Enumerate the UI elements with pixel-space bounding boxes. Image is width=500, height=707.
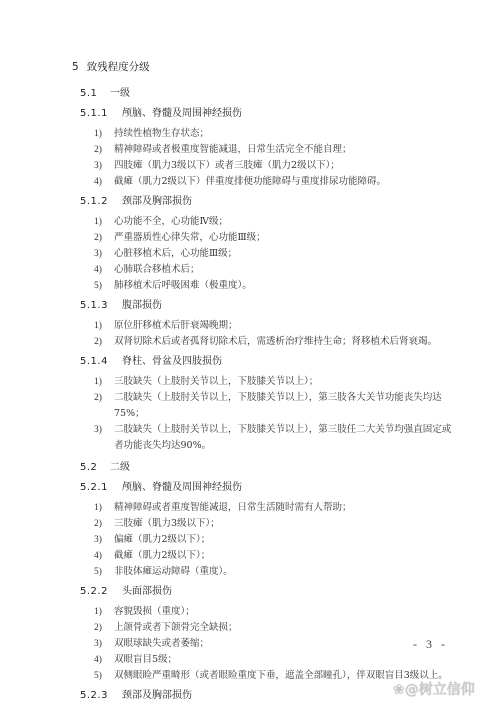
item-marker: 2) (94, 620, 114, 636)
item-marker: 4) (94, 262, 114, 278)
item-marker: 1) (94, 318, 114, 334)
item-list: 1)心功能不全，心功能Ⅳ级； 2)严重器质性心律失常，心功能Ⅲ级； 3)心脏移植… (80, 214, 460, 294)
item-text: 非肢体瘫运动障碍（重度）。 (114, 564, 460, 580)
subsection-title: 头面部损伤 (122, 586, 172, 597)
subsection-number: 5.1.3 (80, 298, 122, 314)
subsection-number: 5.1.1 (80, 106, 122, 122)
list-item: 4)截瘫（肌力2级以下）； (80, 548, 460, 564)
subsection-number: 5.2.2 (80, 584, 122, 600)
item-text: 心功能不全，心功能Ⅳ级； (114, 214, 460, 230)
item-marker: 3) (94, 532, 114, 548)
chapter-heading: 5致残程度分级 (72, 59, 150, 74)
item-marker: 1) (94, 500, 114, 516)
list-item: 2)上颌骨或者下颌骨完全缺损； (80, 620, 460, 636)
item-text: 二肢缺失（上肢肘关节以上，下肢膝关节以上），第三肢各大关节功能丧失均达75%； (114, 390, 460, 422)
item-text: 双眼盲目5级； (114, 652, 460, 668)
item-marker: 1) (94, 374, 114, 390)
list-item: 1)心功能不全，心功能Ⅳ级； (80, 214, 460, 230)
subsection-title: 腹部损伤 (122, 300, 162, 311)
item-marker: 3) (94, 158, 114, 174)
subsection-title: 脊柱、骨盆及四肢损伤 (122, 356, 222, 367)
item-marker: 4) (94, 548, 114, 564)
subsection-heading: 5.1.1颅脑、脊髓及周围神经损伤 (80, 106, 460, 122)
item-text: 截瘫（肌力2级以下）； (114, 548, 460, 564)
subsection-heading: 5.1.2颈部及胸部损伤 (80, 194, 460, 210)
subsection-heading: 5.2.2头面部损伤 (80, 584, 460, 600)
item-marker: 2) (94, 142, 114, 158)
section-heading: 5.1一级 (80, 86, 460, 102)
item-text: 持续性植物生存状态； (114, 126, 460, 142)
list-item: 3)二肢缺失（上肢肘关节以上，下肢膝关节以上），第三肢任二大关节均强直固定或者功… (80, 422, 460, 454)
item-marker: 3) (94, 636, 114, 652)
subsection-heading: 5.1.3腹部损伤 (80, 298, 460, 314)
list-item: 1)持续性植物生存状态； (80, 126, 460, 142)
watermark-text: @树立信仰 (405, 682, 475, 698)
subsection-heading: 5.2.1颅脑、脊髓及周围神经损伤 (80, 480, 460, 496)
list-item: 2)二肢缺失（上肢肘关节以上，下肢膝关节以上），第三肢各大关节功能丧失均达75%… (80, 390, 460, 422)
item-marker: 3) (94, 246, 114, 262)
subsection-number: 5.1.2 (80, 194, 122, 210)
list-item: 1)三肢缺失（上肢肘关节以上，下肢膝关节以上）； (80, 374, 460, 390)
list-item: 2)三肢瘫（肌力3级以下）； (80, 516, 460, 532)
item-text: 偏瘫（肌力2级以下）； (114, 532, 460, 548)
subsection-title: 颅脑、脊髓及周围神经损伤 (122, 108, 242, 119)
watermark-logo-icon: ❀ (393, 682, 405, 698)
list-item: 1)容貌毁损（重度）； (80, 604, 460, 620)
list-item: 3)心脏移植术后，心功能Ⅲ级； (80, 246, 460, 262)
item-marker: 3) (94, 422, 114, 454)
section-title: 一级 (110, 88, 130, 99)
item-marker: 2) (94, 334, 114, 350)
item-list: 1)三肢缺失（上肢肘关节以上，下肢膝关节以上）； 2)二肢缺失（上肢肘关节以上，… (80, 374, 460, 454)
list-item: 3)偏瘫（肌力2级以下）； (80, 532, 460, 548)
item-marker: 2) (94, 230, 114, 246)
item-text: 双肾切除术后或者孤肾切除术后，需透析治疗维持生命；肾移植术后肾衰竭。 (114, 334, 460, 350)
item-text: 严重器质性心律失常，心功能Ⅲ级； (114, 230, 460, 246)
section-heading: 5.2二级 (80, 460, 460, 476)
item-text: 肺移植术后呼吸困难（极重度）。 (114, 278, 460, 294)
item-text: 精神障碍或者极重度智能减退，日常生活完全不能自理； (114, 142, 460, 158)
item-list: 1)容貌毁损（重度）； 2)上颌骨或者下颌骨完全缺损； 3)双眼球缺失或者萎缩；… (80, 604, 460, 684)
item-marker: 4) (94, 174, 114, 190)
list-item: 4)心肺联合移植术后； (80, 262, 460, 278)
list-item: 1)精神障碍或者重度智能减退，日常生活随时需有人帮助； (80, 500, 460, 516)
item-text: 三肢缺失（上肢肘关节以上，下肢膝关节以上）； (114, 374, 460, 390)
section-number: 5.2 (80, 460, 110, 476)
section-title: 二级 (110, 462, 130, 473)
subsection-title: 颈部及胸部损伤 (122, 690, 192, 701)
item-marker: 5) (94, 278, 114, 294)
list-item: 4)截瘫（肌力2级以下）伴重度排便功能障碍与重度排尿功能障碍。 (80, 174, 460, 190)
list-item: 3)四肢瘫（肌力3级以下）或者三肢瘫（肌力2级以下）； (80, 158, 460, 174)
document-body: 5.1一级 5.1.1颅脑、脊髓及周围神经损伤 1)持续性植物生存状态； 2)精… (80, 86, 460, 707)
item-text: 心肺联合移植术后； (114, 262, 460, 278)
item-text: 截瘫（肌力2级以下）伴重度排便功能障碍与重度排尿功能障碍。 (114, 174, 460, 190)
subsection-number: 5.1.4 (80, 354, 122, 370)
subsection-title: 颈部及胸部损伤 (122, 196, 192, 207)
item-text: 原位肝移植术后肝衰竭晚期； (114, 318, 460, 334)
item-text: 心脏移植术后，心功能Ⅲ级； (114, 246, 460, 262)
item-marker: 5) (94, 564, 114, 580)
item-text: 容貌毁损（重度）； (114, 604, 460, 620)
subsection-heading: 5.1.4脊柱、骨盆及四肢损伤 (80, 354, 460, 370)
item-marker: 1) (94, 604, 114, 620)
item-list: 1)持续性植物生存状态； 2)精神障碍或者极重度智能减退，日常生活完全不能自理；… (80, 126, 460, 190)
document-page: 5致残程度分级 5.1一级 5.1.1颅脑、脊髓及周围神经损伤 1)持续性植物生… (0, 0, 500, 707)
item-text: 精神障碍或者重度智能减退，日常生活随时需有人帮助； (114, 500, 460, 516)
item-list: 1)精神障碍或者重度智能减退，日常生活随时需有人帮助； 2)三肢瘫（肌力3级以下… (80, 500, 460, 580)
list-item: 2)精神障碍或者极重度智能减退，日常生活完全不能自理； (80, 142, 460, 158)
item-marker: 5) (94, 668, 114, 684)
list-item: 1)原位肝移植术后肝衰竭晚期； (80, 318, 460, 334)
item-text: 三肢瘫（肌力3级以下）； (114, 516, 460, 532)
subsection-number: 5.2.1 (80, 480, 122, 496)
item-marker: 2) (94, 390, 114, 422)
watermark: ❀@树立信仰 (393, 679, 475, 699)
item-text: 双眼球缺失或者萎缩； (114, 636, 460, 652)
item-text: 四肢瘫（肌力3级以下）或者三肢瘫（肌力2级以下）； (114, 158, 460, 174)
subsection-number: 5.2.3 (80, 688, 122, 704)
item-marker: 2) (94, 516, 114, 532)
list-item: 4)双眼盲目5级； (80, 652, 460, 668)
list-item: 5)非肢体瘫运动障碍（重度）。 (80, 564, 460, 580)
list-item: 2)双肾切除术后或者孤肾切除术后，需透析治疗维持生命；肾移植术后肾衰竭。 (80, 334, 460, 350)
chapter-number: 5 (72, 61, 79, 73)
item-list: 1)原位肝移植术后肝衰竭晚期； 2)双肾切除术后或者孤肾切除术后，需透析治疗维持… (80, 318, 460, 350)
subsection-title: 颅脑、脊髓及周围神经损伤 (122, 482, 242, 493)
section-number: 5.1 (80, 86, 110, 102)
item-text: 上颌骨或者下颌骨完全缺损； (114, 620, 460, 636)
list-item: 2)严重器质性心律失常，心功能Ⅲ级； (80, 230, 460, 246)
page-number: - 3 - (413, 637, 448, 652)
chapter-title: 致残程度分级 (87, 61, 150, 73)
item-marker: 1) (94, 126, 114, 142)
item-marker: 1) (94, 214, 114, 230)
item-text: 二肢缺失（上肢肘关节以上，下肢膝关节以上），第三肢任二大关节均强直固定或者功能丧… (114, 422, 460, 454)
list-item: 3)双眼球缺失或者萎缩； (80, 636, 460, 652)
list-item: 5)肺移植术后呼吸困难（极重度）。 (80, 278, 460, 294)
item-marker: 4) (94, 652, 114, 668)
